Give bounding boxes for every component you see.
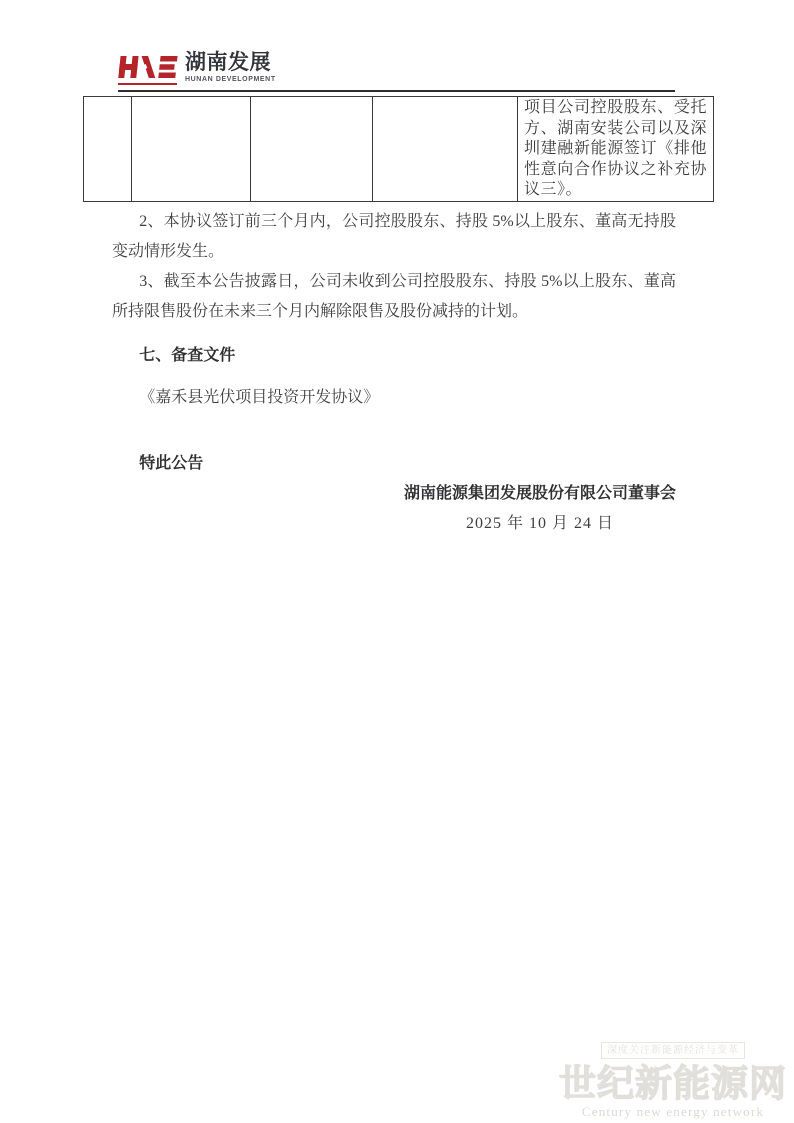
paragraph-3: 3、截至本公告披露日，公司未收到公司控股股东、持股 5%以上股东、董高所持限售股… xyxy=(112,267,676,327)
watermark-subtitle: Century new energy network xyxy=(582,1104,764,1120)
watermark-slogan: 深度关注新能源经济与变革 xyxy=(601,1042,745,1059)
reference-document: 《嘉禾县光伏项目投资开发协议》 xyxy=(112,383,676,413)
document-body: 2、本协议签订前三个月内，公司控股股东、持股 5%以上股东、董高无持股变动情形发… xyxy=(112,207,676,539)
table-cell-empty xyxy=(84,97,132,202)
table-cell-empty xyxy=(373,97,518,202)
header-divider xyxy=(118,90,675,92)
table-cell-empty xyxy=(251,97,373,202)
hne-logo-icon xyxy=(118,52,178,86)
site-watermark: 深度关注新能源经济与变革 世纪新能源网 Century new energy n… xyxy=(559,1042,787,1120)
table-cell-agreement: 项目公司控股股东、受托方、湖南安装公司以及深圳建融新能源签订《排他性意向合作协议… xyxy=(518,97,714,202)
company-logo: 湖南发展 HUNAN DEVELOPMENT xyxy=(118,52,276,86)
table-cell-empty xyxy=(132,97,251,202)
paragraph-2: 2、本协议签订前三个月内，公司控股股东、持股 5%以上股东、董高无持股变动情形发… xyxy=(112,207,676,267)
announcement-page: 湖南发展 HUNAN DEVELOPMENT 项目公司控股股东、受托方、湖南安装… xyxy=(0,0,794,1123)
signature-company: 湖南能源集团发展股份有限公司董事会 xyxy=(112,479,676,509)
signature-date: 2025 年 10 月 24 日 xyxy=(112,509,676,539)
company-name-en: HUNAN DEVELOPMENT xyxy=(185,75,276,84)
watermark-title: 世纪新能源网 xyxy=(559,1064,787,1104)
table-row: 项目公司控股股东、受托方、湖南安装公司以及深圳建融新能源签订《排他性意向合作协议… xyxy=(84,97,714,202)
announcement-table: 项目公司控股股东、受托方、湖南安装公司以及深圳建融新能源签订《排他性意向合作协议… xyxy=(83,96,714,202)
company-name-cn: 湖南发展 xyxy=(185,52,276,74)
logo-underline xyxy=(118,83,177,85)
closing-statement: 特此公告 xyxy=(112,449,676,479)
section-heading: 七、备查文件 xyxy=(112,341,676,371)
